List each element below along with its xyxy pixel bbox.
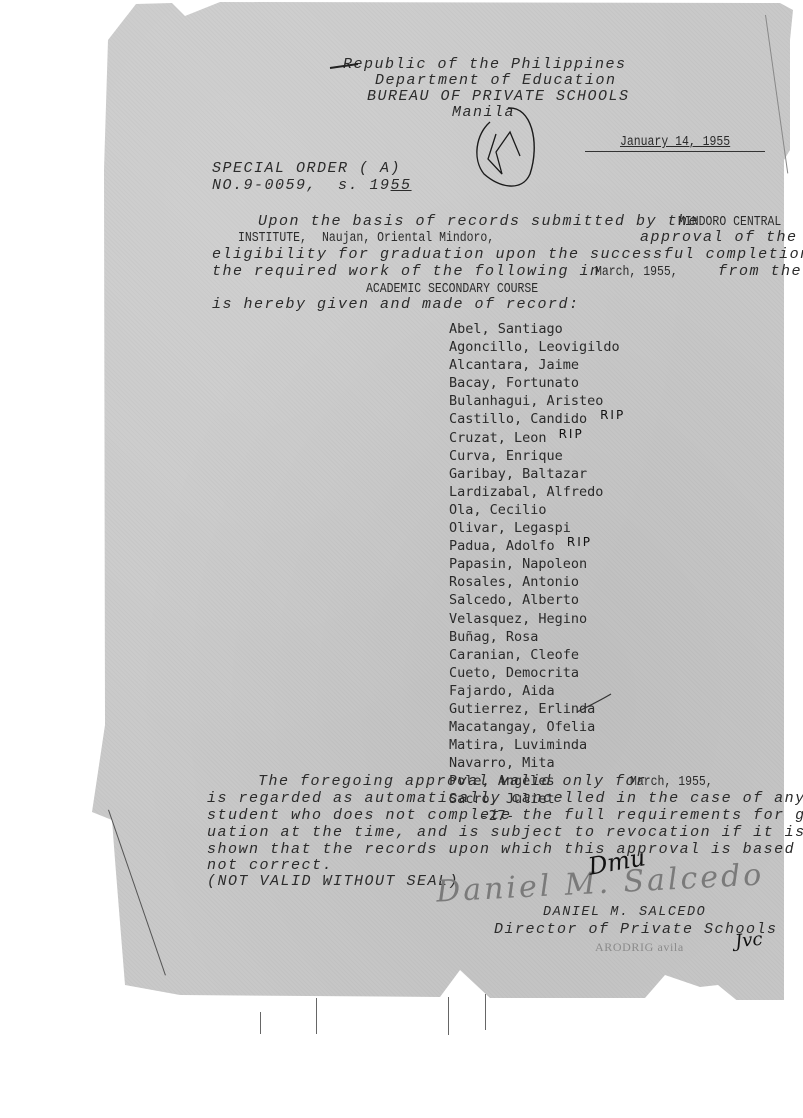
graduate-name: Castillo, CandidoRIP — [449, 410, 620, 428]
graduate-name-text: Lardizabal, Alfredo — [449, 484, 603, 500]
graduate-name: Garibay, Baltazar — [449, 465, 620, 483]
filing-stamp: ARODRIG avila — [595, 940, 684, 955]
special-order-number: NO.9-0059, s. 1955 — [212, 177, 412, 194]
body-line-6: is hereby given and made of record: — [212, 296, 580, 313]
graduate-name-text: Fajardo, Aida — [449, 683, 555, 699]
graduate-name-text: Caranian, Cleofe — [449, 647, 579, 663]
graduate-name-text: Macatangay, Ofelia — [449, 719, 595, 735]
footer-line-5: shown that the records upon which this a… — [207, 841, 803, 858]
seal-note: (NOT VALID WITHOUT SEAL) — [207, 873, 459, 890]
body-line-4-end: from the — [718, 263, 802, 280]
scan-mark — [485, 994, 486, 1030]
body-line-1: Upon the basis of records submitted by t… — [258, 213, 699, 230]
graduate-name: Macatangay, Ofelia — [449, 718, 620, 736]
signatory-name: DANIEL M. SALCEDO — [543, 905, 706, 920]
course-name: ACADEMIC SECONDARY COURSE — [366, 282, 538, 297]
school-location: Naujan, Oriental Mindoro, — [322, 231, 494, 246]
pen-stroke-mark — [330, 62, 360, 70]
footer-line-3: student who does not complete the full r… — [207, 807, 803, 824]
graduate-name-text: Matira, Luviminda — [449, 737, 587, 753]
graduate-name-text: Cruzat, Leon — [449, 430, 547, 446]
graduate-name: Papasin, Napoleon — [449, 555, 620, 573]
handwritten-rip-note: RIP — [559, 425, 584, 443]
pen-check-mark — [575, 692, 615, 714]
school-name: MINDORO CENTRAL — [678, 215, 781, 230]
body-line-3: eligibility for graduation upon the succ… — [212, 246, 803, 263]
graduate-name-text: Olivar, Legaspi — [449, 520, 571, 536]
graduate-name: Buñag, Rosa — [449, 628, 620, 646]
graduate-name: Padua, AdolfoRIP — [449, 537, 620, 555]
graduate-list: Abel, SantiagoAgoncillo, LeovigildoAlcan… — [449, 320, 620, 809]
footer-line-1: The foregoing approval valid only for — [258, 773, 647, 790]
graduate-name: Ola, Cecilio — [449, 501, 620, 519]
document-date: January 14, 1955 — [620, 135, 730, 150]
series-year: 55 — [391, 177, 412, 194]
series-label: s. 19 — [338, 177, 391, 194]
body-line-2: approval of the — [640, 229, 798, 246]
graduation-month: March, 1955, — [595, 265, 678, 280]
graduate-name-text: Cueto, Democrita — [449, 665, 579, 681]
graduate-name-text: Navarro, Mita — [449, 755, 555, 771]
graduate-name: Curva, Enrique — [449, 447, 620, 465]
graduate-name: Abel, Santiago — [449, 320, 620, 338]
graduate-name-text: Ola, Cecilio — [449, 502, 547, 518]
graduate-name-text: Garibay, Baltazar — [449, 466, 587, 482]
header-department: Department of Education — [375, 72, 617, 89]
graduate-name: Cruzat, LeonRIP — [449, 429, 620, 447]
graduate-name: Matira, Luviminda — [449, 736, 620, 754]
scan-mark — [448, 997, 449, 1035]
footer-line-6: not correct. — [207, 857, 333, 874]
graduate-name-text: Agoncillo, Leovigildo — [449, 339, 620, 355]
graduate-name: Caranian, Cleofe — [449, 646, 620, 664]
graduate-name: Alcantara, Jaime — [449, 356, 620, 374]
graduate-name-text: Abel, Santiago — [449, 321, 563, 337]
graduate-name: Bulanhagui, Aristeo — [449, 392, 620, 410]
graduate-name-text: Rosales, Antonio — [449, 574, 579, 590]
graduate-name-text: Buñag, Rosa — [449, 629, 538, 645]
graduate-name: Velasquez, Hegino — [449, 610, 620, 628]
graduate-name-text: Salcedo, Alberto — [449, 592, 579, 608]
margin-initials: Jvc — [734, 929, 764, 953]
header-republic: Republic of the Philippines — [343, 56, 627, 73]
footer-line-2: is regarded as automatically cancelled i… — [207, 790, 803, 807]
handwritten-rip-note: RIP — [567, 533, 592, 551]
graduate-name-text: Curva, Enrique — [449, 448, 563, 464]
graduate-name: Rosales, Antonio — [449, 573, 620, 591]
date-underline — [585, 151, 765, 152]
graduate-name-text: Padua, Adolfo — [449, 538, 555, 554]
graduate-name-text: Bacay, Fortunato — [449, 375, 579, 391]
graduate-name: Agoncillo, Leovigildo — [449, 338, 620, 356]
body-line-4: the required work of the following in — [212, 263, 601, 280]
graduate-name-text: Alcantara, Jaime — [449, 357, 579, 373]
scan-mark — [316, 998, 317, 1034]
graduate-name-text: Papasin, Napoleon — [449, 556, 587, 572]
footer-month: March, 1955, — [630, 775, 713, 790]
graduate-name: Bacay, Fortunato — [449, 374, 620, 392]
header-bureau: BUREAU OF PRIVATE SCHOOLS — [367, 88, 630, 105]
school-name-cont: INSTITUTE, — [238, 231, 307, 246]
graduate-name-text: Velasquez, Hegino — [449, 611, 587, 627]
graduate-name: Navarro, Mita — [449, 754, 620, 772]
graduate-name-text: Bulanhagui, Aristeo — [449, 393, 603, 409]
scan-mark — [260, 1012, 261, 1034]
graduate-name-text: Gutierrez, Erlinda — [449, 701, 595, 717]
order-number: NO.9-0059, — [212, 177, 317, 194]
circled-handwritten-mark — [470, 104, 550, 194]
graduate-name: Olivar, Legaspi — [449, 519, 620, 537]
graduate-name: Lardizabal, Alfredo — [449, 483, 620, 501]
special-order-title: SPECIAL ORDER ( A) — [212, 160, 401, 177]
footer-line-4: uation at the time, and is subject to re… — [207, 824, 803, 841]
graduate-name: Salcedo, Alberto — [449, 591, 620, 609]
handwritten-rip-note: RIP — [600, 406, 625, 424]
graduate-name: Cueto, Democrita — [449, 664, 620, 682]
